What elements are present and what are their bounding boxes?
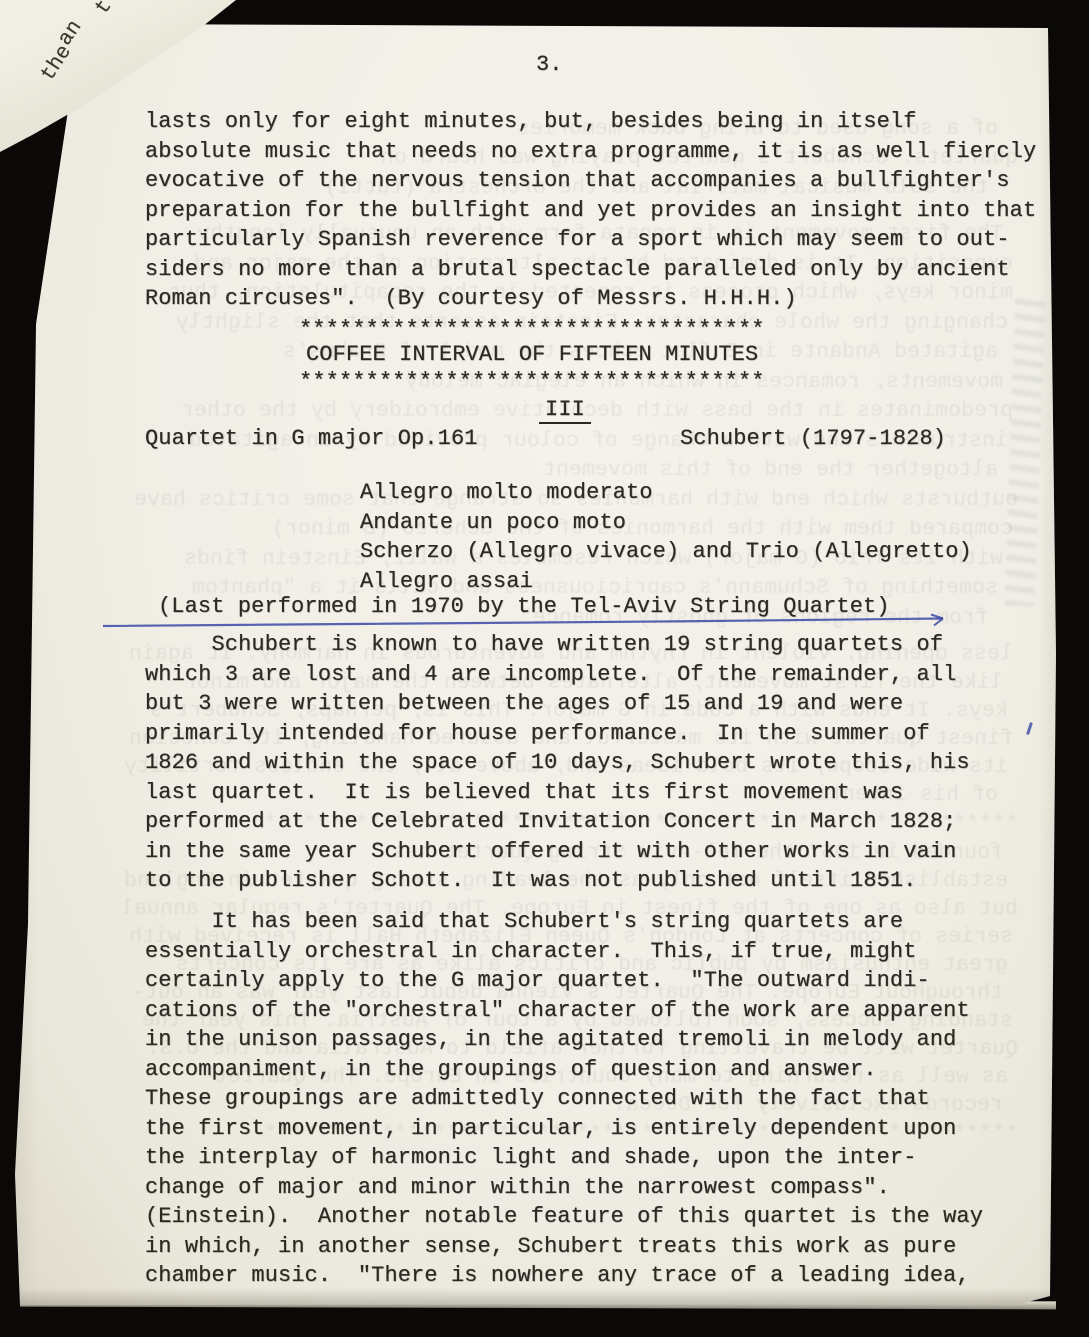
section-numeral-text: III — [539, 397, 591, 424]
ink-tick-mark — [1026, 722, 1032, 735]
paragraph-orchestral-character: It has been said that Schubert's string … — [145, 907, 983, 1291]
corner-text-fragment: t — [91, 0, 117, 19]
margin-ghost-smudge — [1005, 296, 1046, 607]
composer-name: Schubert (1797-1828) — [680, 424, 946, 454]
paragraph-bullfight: lasts only for eight minutes, but, besid… — [145, 107, 1036, 314]
programme-page-3: of a song used to bring back memoriesqua… — [12, 24, 1058, 1306]
asterisk-row-bottom: *********************************** — [299, 367, 765, 397]
work-title: Quartet in G major Op.161 — [145, 424, 478, 454]
movement-list: Allegro molto moderato Andante un poco m… — [360, 478, 972, 596]
section-numeral: III — [520, 395, 610, 425]
paragraph-schubert-history: Schubert is known to have written 19 str… — [145, 630, 970, 896]
coffee-interval-title: COFFEE INTERVAL OF FIFTEEN MINUTES — [306, 340, 758, 370]
page-number: 3. — [536, 50, 563, 80]
scanned-programme-page: of a song used to bring back memoriesqua… — [0, 0, 1089, 1337]
